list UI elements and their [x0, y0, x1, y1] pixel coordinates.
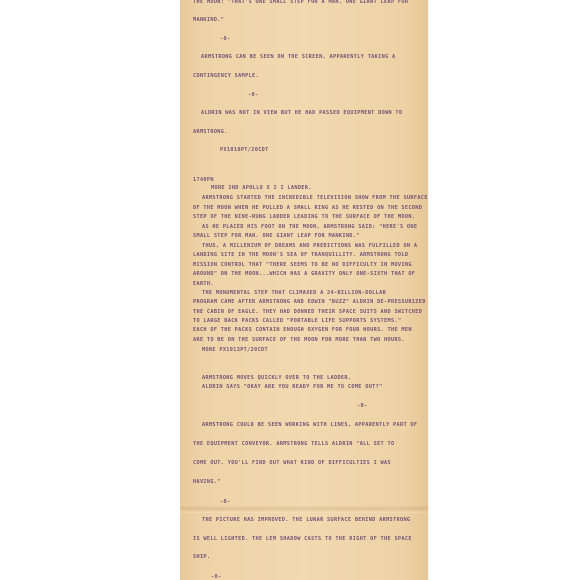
- text-line: SHIP.: [193, 554, 210, 560]
- text-line: COME OUT. YOU'LL FIND OUT WHAT KIND OF D…: [193, 460, 391, 466]
- text-line: MISSION CONTROL THAT "THERE SEEMS TO BE …: [193, 262, 412, 268]
- text-line: OF THE MOON WHEN HE PULLED A SMALL RING …: [193, 205, 422, 211]
- text-line: ARMSTRONG CAN BE SEEN ON THE SCREEN, APP…: [201, 54, 396, 60]
- text-line: -0-: [220, 36, 230, 42]
- text-line: ALDRIN WAS NOT IN VIEW BUT HE HAD PASSED…: [201, 110, 402, 116]
- text-line: EARTH.: [193, 281, 214, 287]
- text-line: ARMSTRONG STARTED THE INCREDIBLE TELEVIS…: [202, 195, 428, 201]
- text-line: ARMSTRONG.: [193, 129, 228, 135]
- text-line: -0-: [220, 499, 230, 505]
- text-line: THUS, A MILLENIUM OF DREAMS AND PREDICTI…: [202, 243, 417, 249]
- text-line: AROUND" ON THE MOON...WHICH HAS A GRAVIT…: [193, 271, 415, 277]
- text-line: PX1010PT/20CDT: [220, 147, 269, 153]
- text-line: SMALL STEP FOR MAN. ONE GIANT LEAP FOR M…: [193, 233, 360, 239]
- text-line: THE PICTURE HAS IMPROVED. THE LUNAR SURF…: [202, 517, 410, 523]
- text-line: STEP OF THE NINE-RUNG LADDER LEADING TO …: [193, 214, 415, 220]
- text-line: THE MOON: "THAT'S ONE SMALL STEP FOR A M…: [193, 0, 408, 5]
- text-line: AS HE PLACED HIS FOOT ON THE MOON, ARMST…: [202, 224, 417, 230]
- teletype-paper: THE MOON: "THAT'S ONE SMALL STEP FOR A M…: [180, 0, 428, 580]
- text-line: MORE 2ND APOLLO X I I LANDER.: [211, 185, 312, 191]
- text-line: MORE PX1013PT/20CDT: [202, 347, 268, 353]
- text-line: -0-: [357, 403, 367, 409]
- text-line: MANKIND.": [193, 17, 224, 23]
- text-line: -0-: [248, 92, 258, 98]
- text-line: ARMSTRONG MOVES QUICKLY OVER TO THE LADD…: [202, 375, 351, 381]
- text-line: CONTINGENCY SAMPLE.: [193, 73, 259, 79]
- paper-fold: [180, 505, 428, 513]
- text-line: TO LARGE BACK PACKS CALLED "PORTABLE LIF…: [193, 318, 401, 324]
- text-line: 1740PN: [193, 177, 214, 183]
- text-line: LANDING SITE IN THE MOON'S SEA OF TRANQU…: [193, 252, 408, 258]
- text-line: ARMSTRONG COULD BE SEEN WORKING WITH LIN…: [202, 422, 417, 428]
- text-line: IS WELL LIGHTED. THE LEM SHADOW CASTS TO…: [193, 536, 412, 542]
- text-line: -0-: [211, 574, 221, 580]
- text-line: ARE TO BE ON THE SURFACE OF THE MOON FOR…: [193, 337, 405, 343]
- text-line: HAVING.": [193, 479, 221, 485]
- text-line: THE EQUIPMENT CONVEYOR. ARMSTRONG TELLS …: [193, 441, 394, 447]
- text-line: EACH OF THE PACKS CONTAIN ENOUGH OXYGEN …: [193, 327, 412, 333]
- text-line: PROGRAM CAME AFTER ARMSTRONG AND EDWIN "…: [193, 299, 426, 305]
- text-line: ALDRIN SAYS "OKAY ARE YOU READY FOR ME T…: [202, 384, 383, 390]
- text-line: THE CABIN OF EAGLE. THEY HAD DONNED THEI…: [193, 309, 422, 315]
- text-line: THE MONUMENTAL STEP THAT CLIMAXED A 24-B…: [202, 290, 386, 296]
